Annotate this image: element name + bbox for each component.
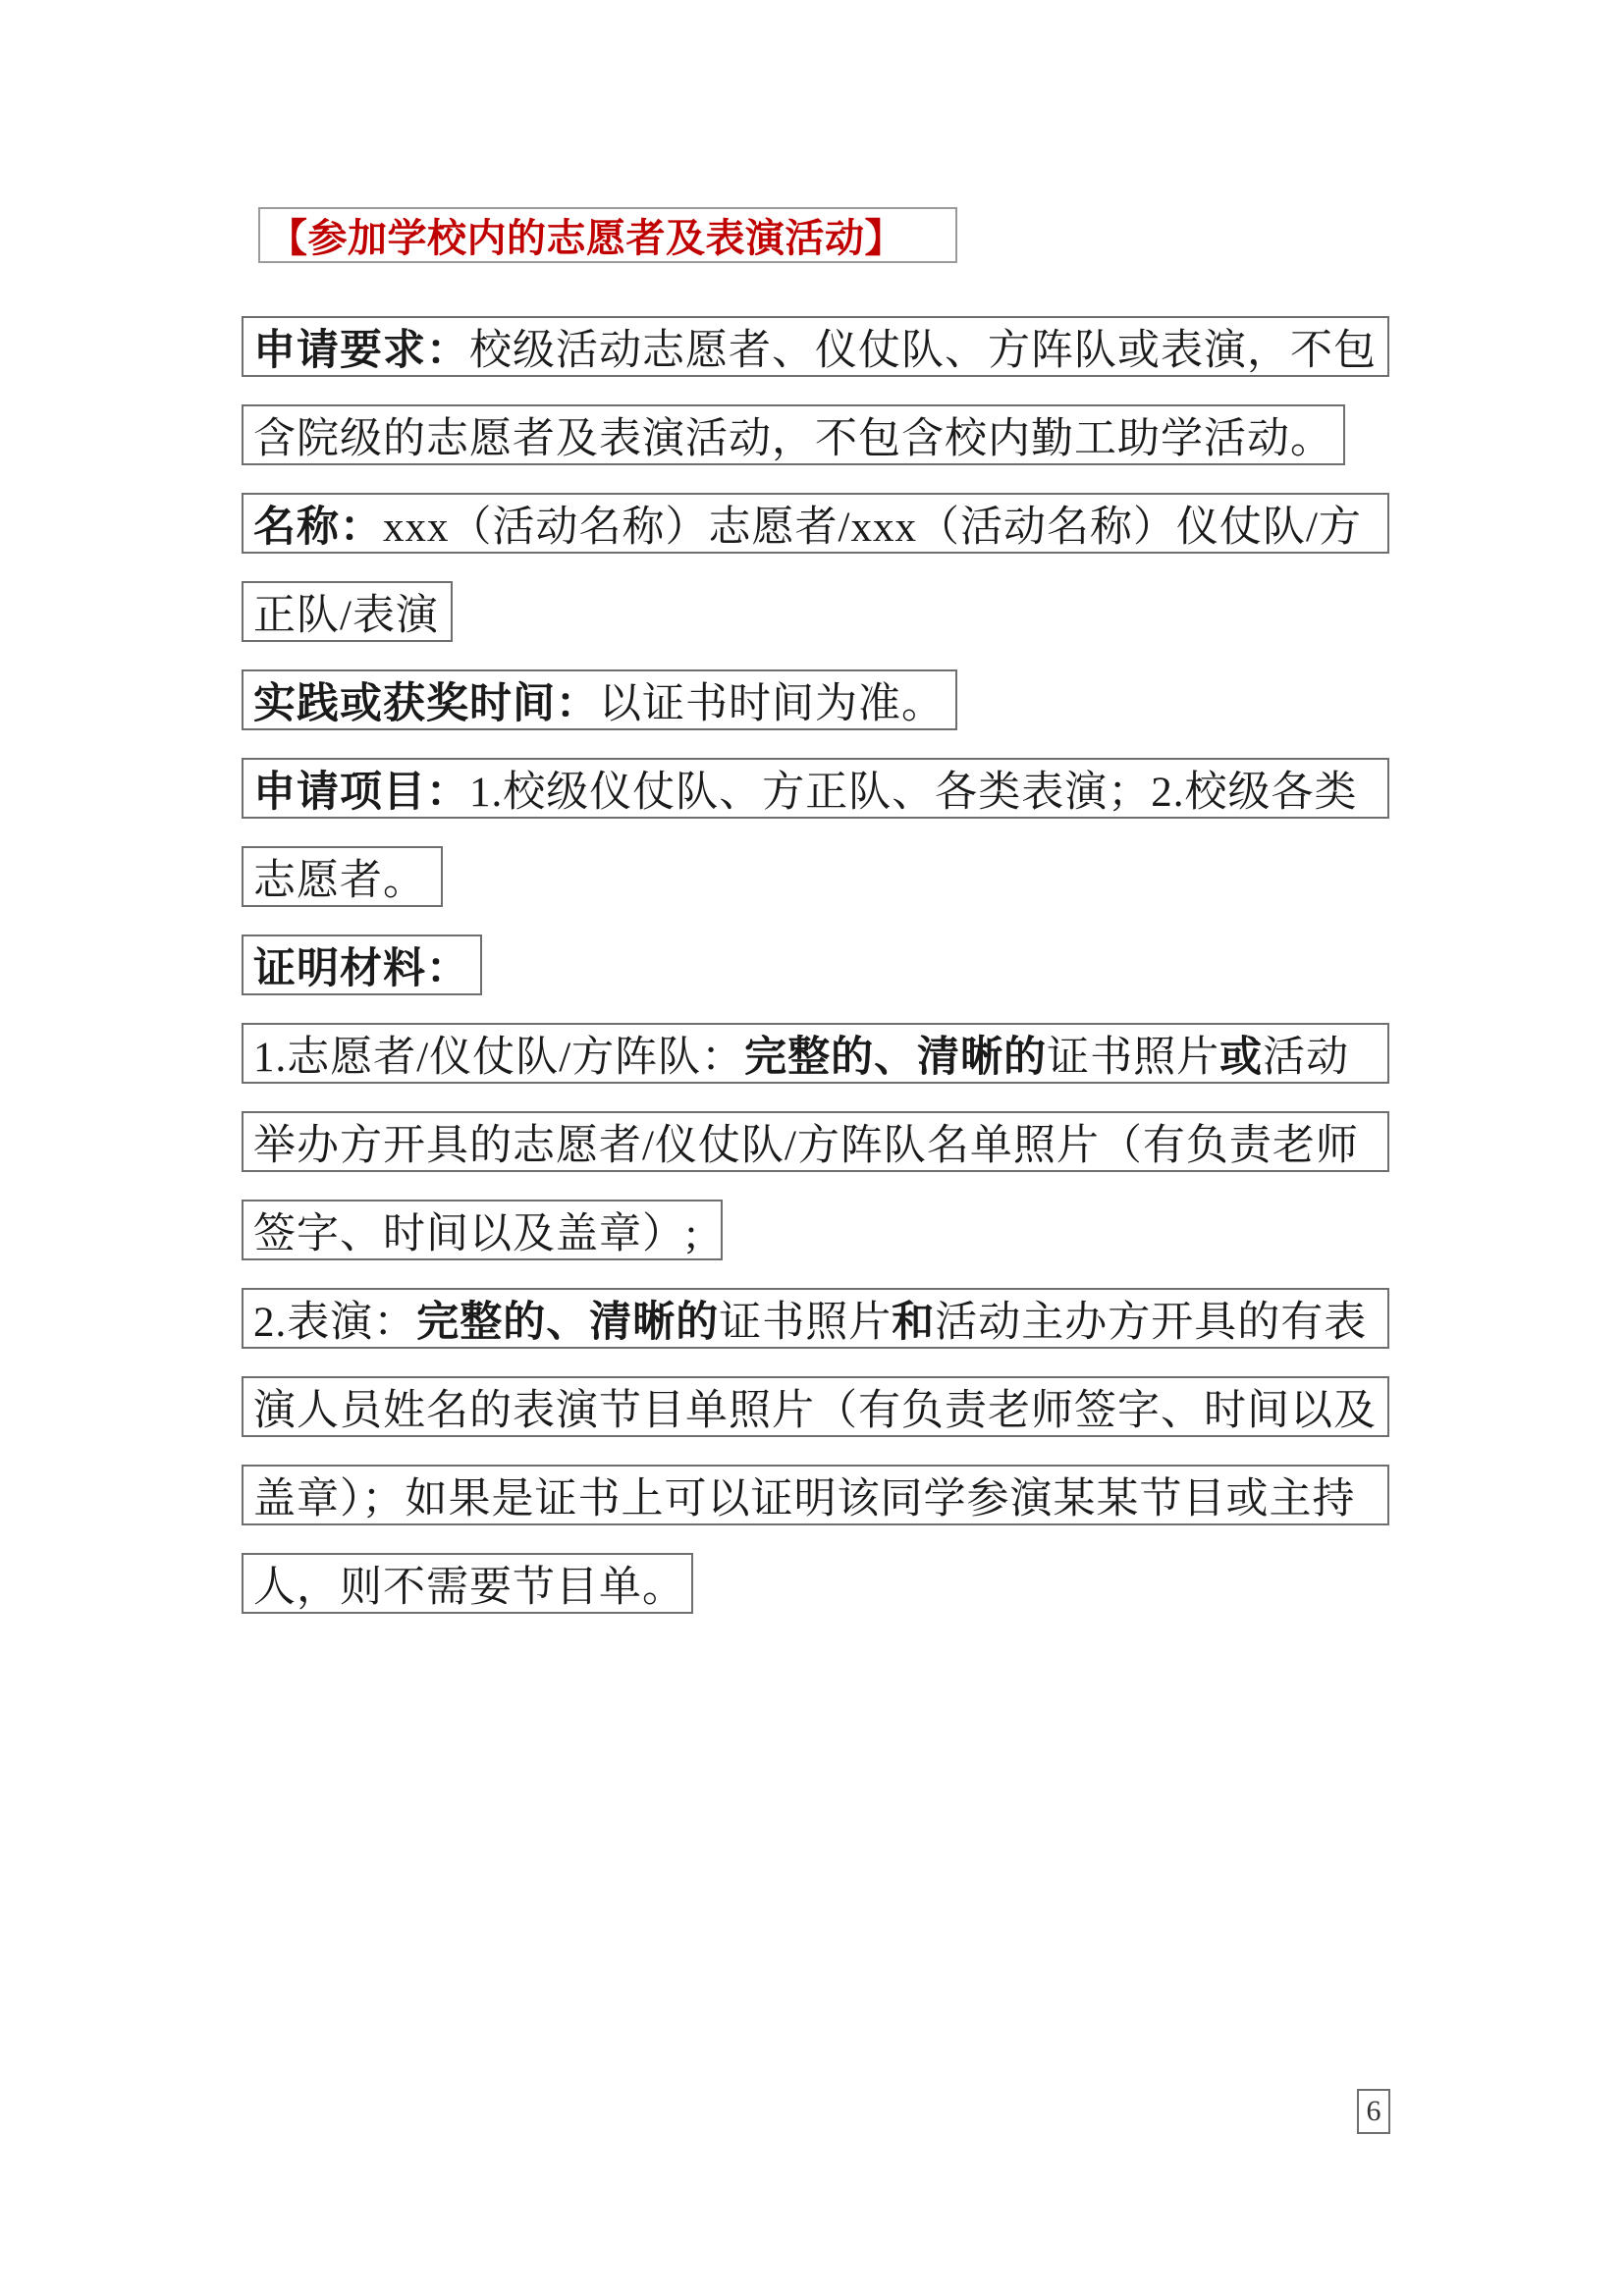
proof2-seg-3: 证书照片 bbox=[719, 1289, 892, 1349]
proof2-seg-5: 活动主办方开具的有表 bbox=[935, 1289, 1367, 1349]
line-proof1-2: 举办方开具的志愿者/仪仗队/方阵队名单照片（有负责老师 bbox=[242, 1111, 1389, 1172]
time-text: 以证书时间为准。 bbox=[599, 670, 945, 730]
proof1-seg-5: 活动 bbox=[1263, 1024, 1349, 1084]
name-text-1: xxx（活动名称）志愿者/xxx（活动名称）仪仗队/方 bbox=[383, 494, 1362, 554]
line-proof1-3: 签字、时间以及盖章）; bbox=[242, 1200, 723, 1260]
line-proof2-1: 2.表演：完整的、清晰的证书照片和活动主办方开具的有表 bbox=[242, 1288, 1389, 1349]
proof2-text-3: 盖章）；如果是证书上可以证明该同学参演某某节目或主持 bbox=[253, 1466, 1356, 1525]
time-label: 实践或获奖时间： bbox=[253, 670, 599, 730]
line-proof2-2: 演人员姓名的表演节目单照片（有负责老师签字、时间以及 bbox=[242, 1376, 1389, 1437]
proof-label: 证明材料： bbox=[253, 935, 469, 995]
proof1-text-2: 举办方开具的志愿者/仪仗队/方阵队名单照片（有负责老师 bbox=[253, 1112, 1359, 1172]
line-proof2-4: 人，则不需要节目单。 bbox=[242, 1553, 693, 1614]
line-time: 实践或获奖时间：以证书时间为准。 bbox=[242, 669, 957, 730]
section-title: 【参加学校内的志愿者及表演活动】 bbox=[268, 207, 904, 263]
requirements-text-2: 含院级的志愿者及表演活动，不包含校内勤工助学活动。 bbox=[253, 405, 1333, 465]
requirements-label: 申请要求： bbox=[253, 317, 469, 377]
proof1-seg-2: 完整的、清晰的 bbox=[744, 1024, 1047, 1084]
proof1-seg-4: 或 bbox=[1219, 1024, 1263, 1084]
proof1-seg-1: 1.志愿者/仪仗队/方阵队： bbox=[253, 1024, 744, 1084]
proof2-seg-4: 和 bbox=[892, 1289, 935, 1349]
items-text-2: 志愿者。 bbox=[253, 847, 426, 907]
section-title-box: 【参加学校内的志愿者及表演活动】 bbox=[258, 207, 957, 263]
line-requirements-1: 申请要求：校级活动志愿者、仪仗队、方阵队或表演，不包 bbox=[242, 316, 1389, 377]
proof2-seg-2: 完整的、清晰的 bbox=[416, 1289, 719, 1349]
line-proof2-3: 盖章）；如果是证书上可以证明该同学参演某某节目或主持 bbox=[242, 1465, 1389, 1525]
items-text-1: 1.校级仪仗队、方正队、各类表演；2.校级各类 bbox=[469, 759, 1358, 819]
document-page: 【参加学校内的志愿者及表演活动】 申请要求：校级活动志愿者、仪仗队、方阵队或表演… bbox=[0, 0, 1624, 2296]
proof1-seg-3: 证书照片 bbox=[1047, 1024, 1219, 1084]
line-proof-heading: 证明材料： bbox=[242, 934, 482, 995]
line-name-2: 正队/表演 bbox=[242, 581, 453, 642]
proof1-text-3: 签字、时间以及盖章）; bbox=[253, 1201, 698, 1260]
proof2-seg-1: 2.表演： bbox=[253, 1289, 416, 1349]
proof2-text-2: 演人员姓名的表演节目单照片（有负责老师签字、时间以及 bbox=[253, 1377, 1377, 1437]
requirements-text-1: 校级活动志愿者、仪仗队、方阵队或表演，不包 bbox=[469, 317, 1377, 377]
line-items-2: 志愿者。 bbox=[242, 846, 443, 907]
page-number: 6 bbox=[1367, 2095, 1381, 2128]
line-items-1: 申请项目：1.校级仪仗队、方正队、各类表演；2.校级各类 bbox=[242, 758, 1389, 819]
items-label: 申请项目： bbox=[253, 759, 469, 819]
page-number-box: 6 bbox=[1357, 2089, 1390, 2134]
line-proof1-1: 1.志愿者/仪仗队/方阵队：完整的、清晰的证书照片或活动 bbox=[242, 1023, 1389, 1084]
line-requirements-2: 含院级的志愿者及表演活动，不包含校内勤工助学活动。 bbox=[242, 404, 1345, 465]
proof2-text-4: 人，则不需要节目单。 bbox=[253, 1554, 685, 1614]
name-text-2: 正队/表演 bbox=[253, 582, 439, 642]
line-name-1: 名称：xxx（活动名称）志愿者/xxx（活动名称）仪仗队/方 bbox=[242, 493, 1389, 554]
name-label: 名称： bbox=[253, 494, 383, 554]
